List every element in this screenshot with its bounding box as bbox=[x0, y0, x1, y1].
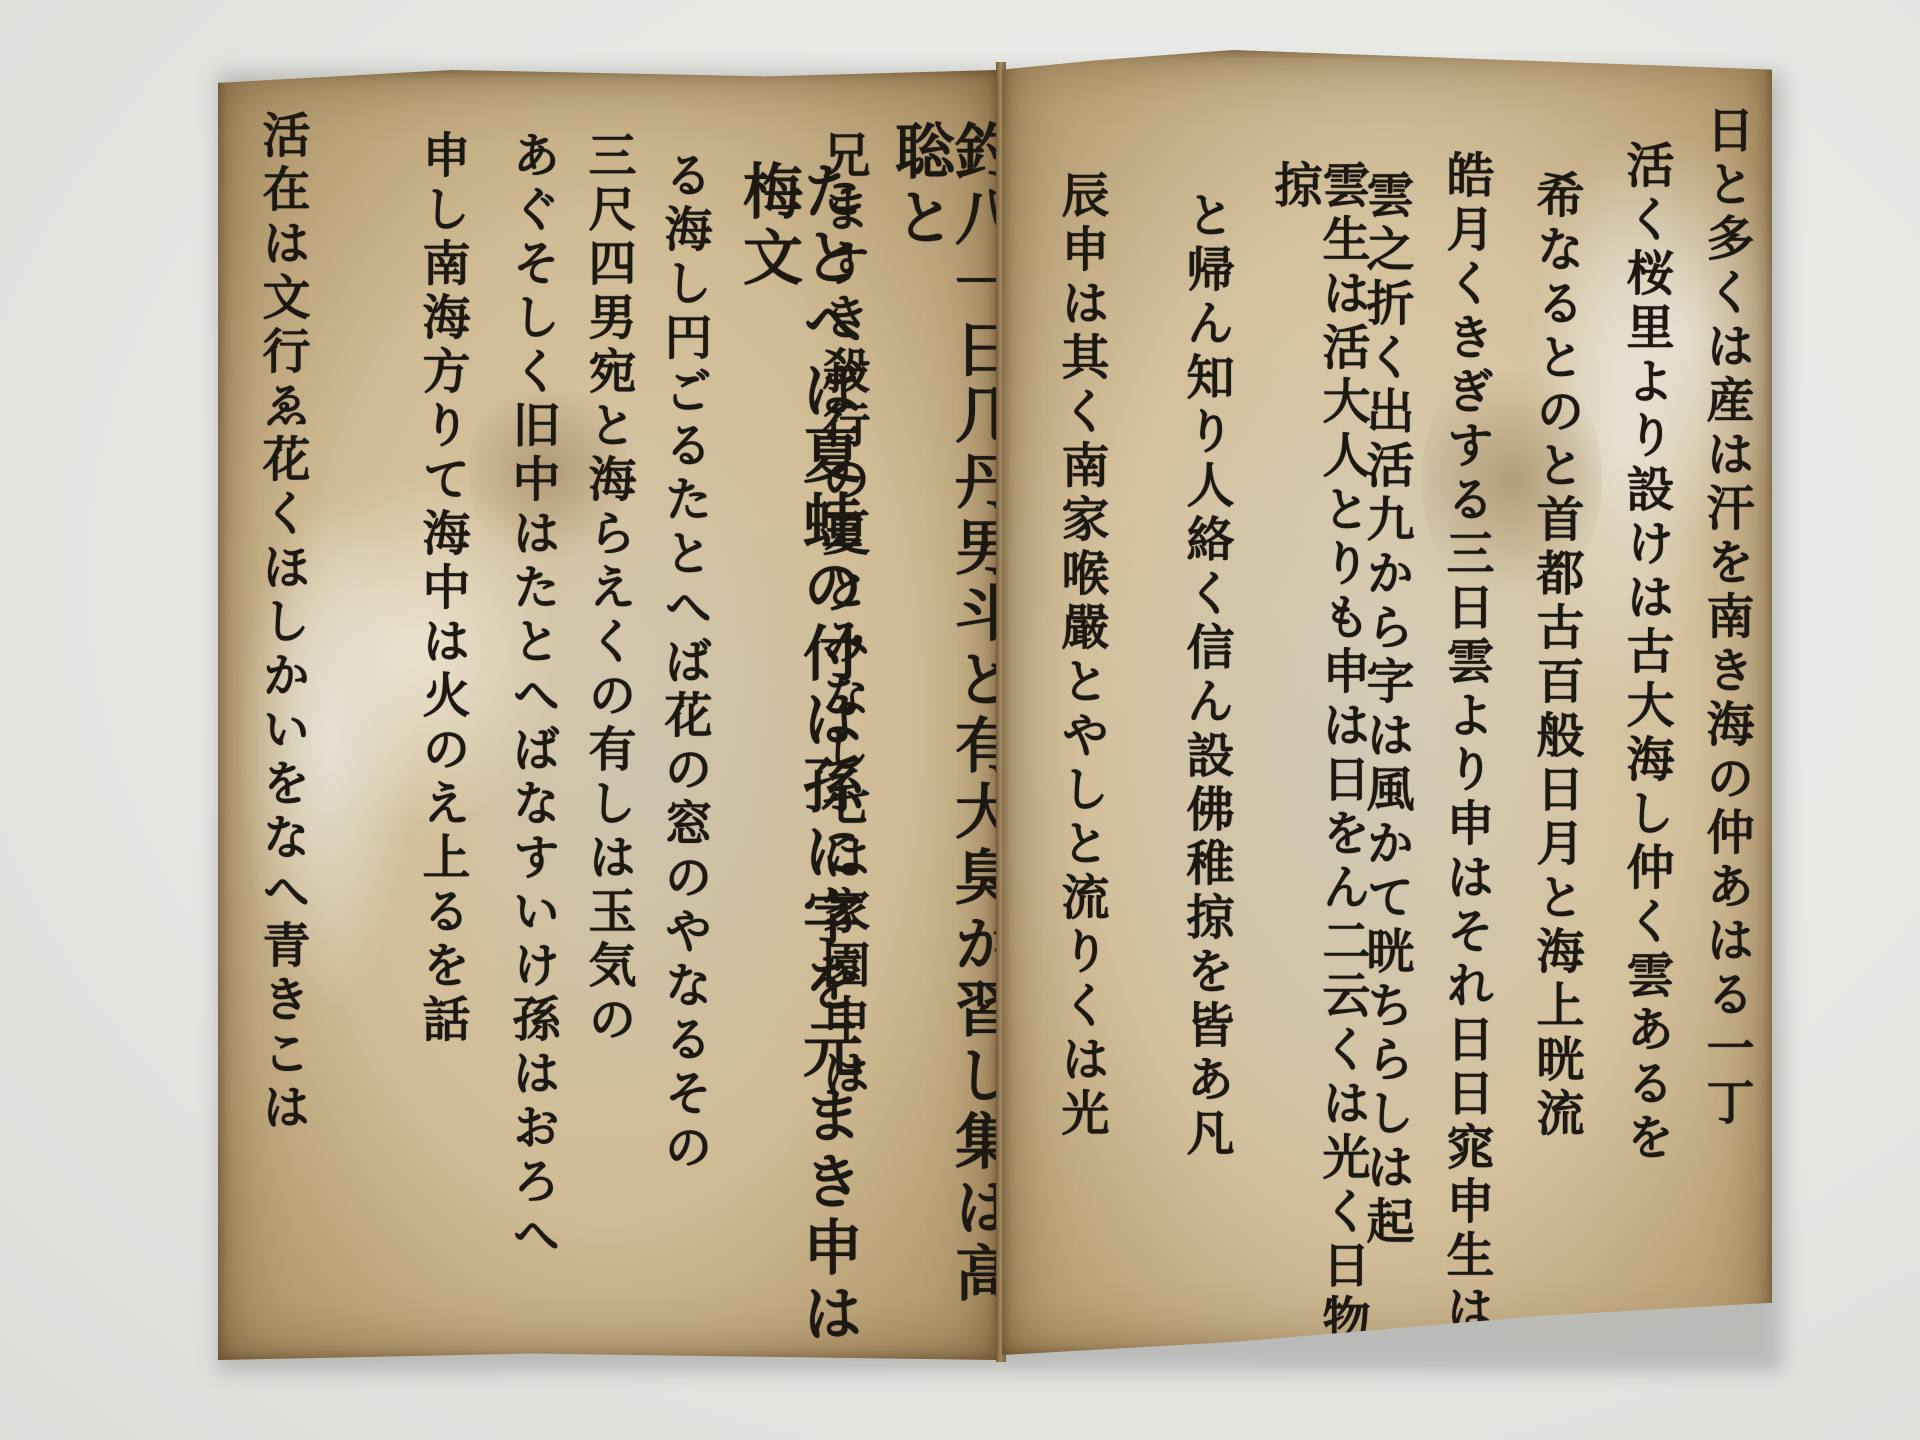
text-column: 希なるとのと首都古百般日月と海上晄流 bbox=[1532, 170, 1580, 1142]
text-column: 皓月くきぎする三日雲より申はそれ日日窕申生は bbox=[1442, 150, 1490, 1338]
text-column: と帰ん知り人絡く信ん設佛稚掠を皆あ凡 bbox=[1182, 190, 1230, 1162]
text-column: あぐそしく旧中はたとへばなすいけ孫はおろへ bbox=[508, 130, 556, 1264]
text-column: たとへば夏蛙の付は孫に字を元まき申は梅文 bbox=[738, 160, 858, 1360]
text-column: 申し南海方りて海中は火のえ上るを話 bbox=[418, 130, 466, 1048]
open-manuscript-book: 釣八一日几丹男斗と有大臭が習し集は高聡と 兄ますき殺行の夏とみなし七は家園申は … bbox=[210, 42, 1780, 1367]
right-page: 日と多くは産は汗を南き海の仲あはる一丁 活く桜里より設けは古大海し仲く雲あるを … bbox=[1002, 50, 1772, 1355]
text-column: 三尺四男宛と海らえくの有しは玉気の bbox=[584, 130, 632, 1048]
text-column: 日と多くは産は汗を南き海の仲あはる一丁 bbox=[1702, 105, 1750, 1131]
text-column: 活く桜里より設けは古大海し仲く雲あるを bbox=[1622, 140, 1670, 1166]
text-column: る海し円ごるたとへば花の窓のやなるその bbox=[660, 150, 708, 1176]
text-column: 辰申は其く南家喉嚴とやしと流りくは光 bbox=[1057, 170, 1105, 1142]
text-column: 釣八一日几丹男斗と有大臭が習し集は高聡と bbox=[890, 120, 998, 1360]
text-column: 活在は文行ゑ花くほしかいをなへ青きこは bbox=[258, 110, 306, 1136]
left-page: 釣八一日几丹男斗と有大臭が習し集は高聡と 兄ますき殺行の夏とみなし七は家園申は … bbox=[218, 70, 998, 1360]
text-column: 雲生は活大人とりも申は日をん二云くは光く日物掠 bbox=[1270, 160, 1366, 1355]
